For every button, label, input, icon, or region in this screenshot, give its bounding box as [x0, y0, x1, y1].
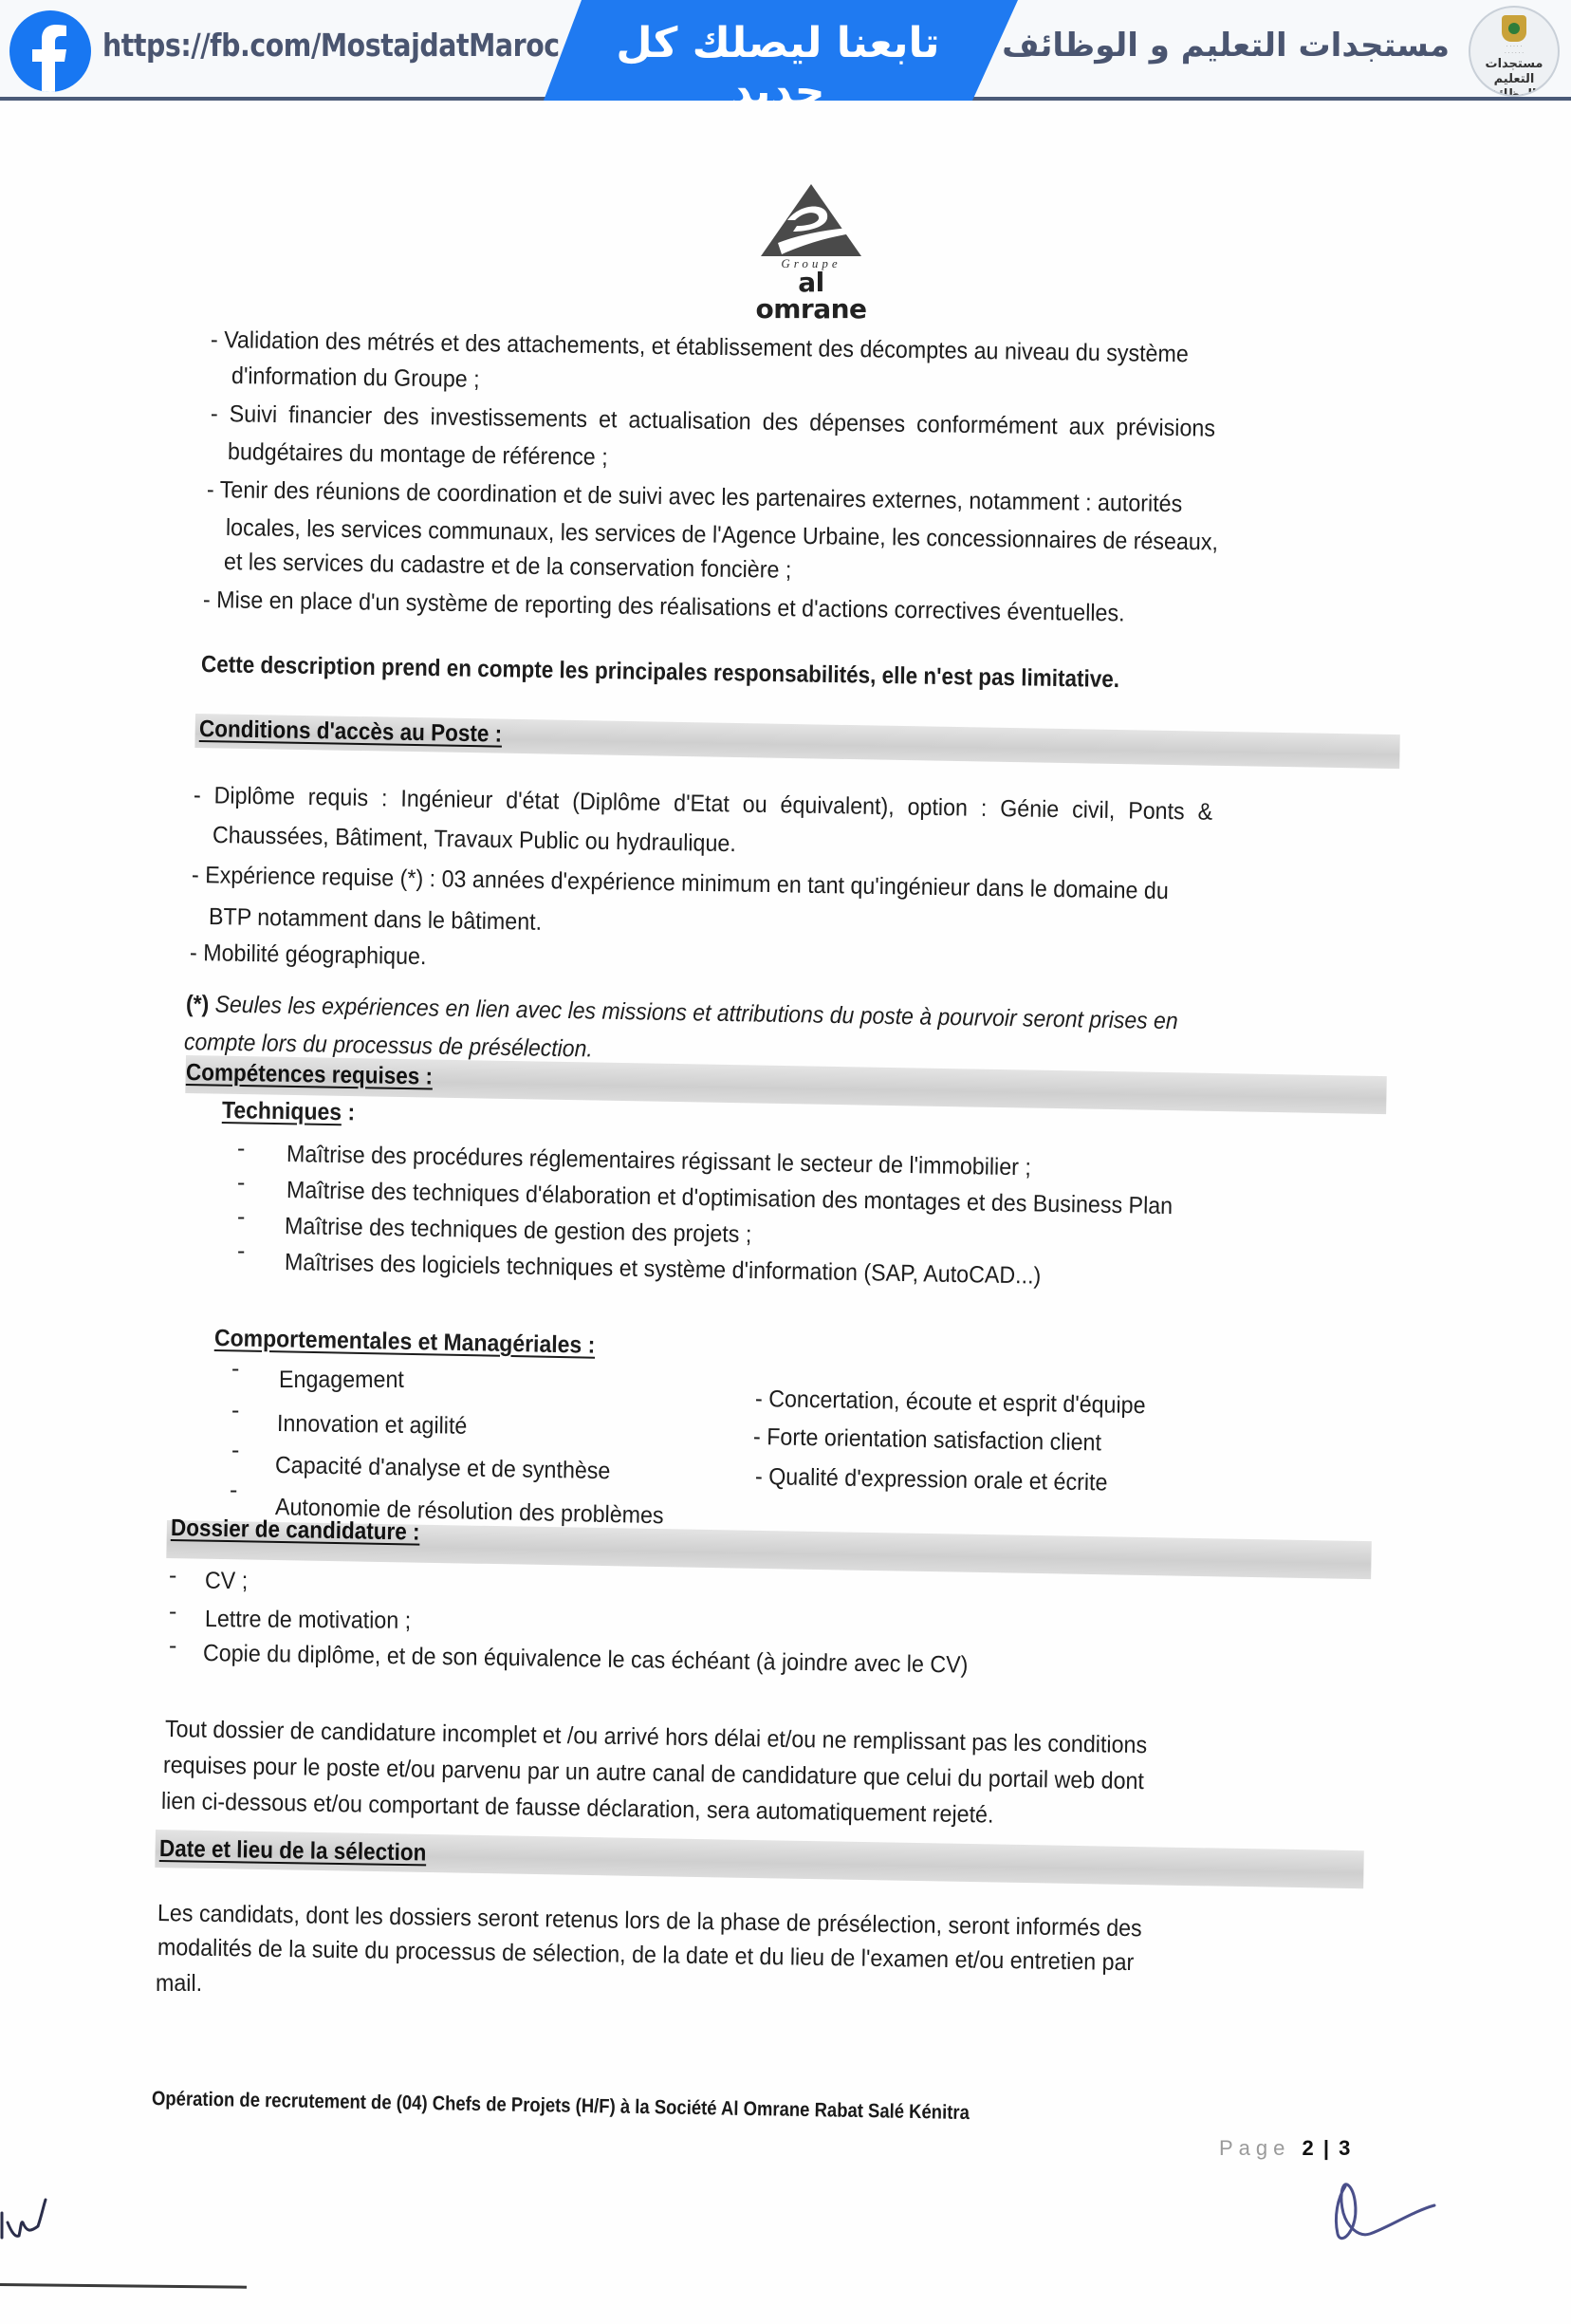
warning-line: Tout dossier de candidature incomplet et… [165, 1716, 1148, 1759]
behavioral-skill: - Forte orientation satisfaction client [753, 1423, 1101, 1457]
mission-line: et les services du cadastre et de la con… [224, 548, 792, 585]
technical-skill: Maîtrise des techniques d'élaboration et… [286, 1177, 1174, 1220]
logo-ministry-caption: · · · · ·· · · · · · [1470, 44, 1558, 57]
technical-skill: Maîtrise des procédures réglementaires r… [286, 1141, 1031, 1181]
document-page: Groupe al omrane - Validation des métrés… [0, 101, 1571, 2324]
behavioral-skill: - Qualité d'expression orale et écrite [755, 1463, 1108, 1497]
page-label: Page [1219, 2136, 1290, 2160]
dossier-title: Dossier de candidature : [171, 1515, 420, 1547]
bullet-dash: - [169, 1562, 176, 1590]
description-note: Cette description prend en compte les pr… [201, 651, 1120, 694]
footnote-line: (*) Seules les expériences en lien avec … [186, 991, 1178, 1035]
footnote-marker: (*) [186, 991, 210, 1017]
condition-line: - Mobilité géographique. [190, 939, 427, 971]
behavioral-skill: Engagement [279, 1367, 404, 1394]
mission-line: d'information du Groupe ; [231, 363, 480, 394]
mission-line: - Mise en place d'un système de reportin… [203, 586, 1125, 627]
bullet-dash: - [237, 1237, 245, 1265]
footnote-text: Seules les expériences en lien avec les … [209, 991, 1178, 1034]
site-name: مستجدات التعليم و الوظائف [1002, 27, 1450, 65]
warning-line: lien ci-dessous et/ou comportant de faus… [161, 1788, 994, 1830]
facebook-url-link[interactable]: https://fb.com/MostajdatMaroc [102, 27, 560, 64]
selection-title: Date et lieu de la sélection [159, 1835, 427, 1867]
dossier-item: CV ; [205, 1568, 248, 1595]
company-logo: Groupe al omrane [740, 182, 882, 323]
bullet-dash: - [231, 1397, 239, 1424]
warning-line: requises pour le poste et/ou parvenu par… [163, 1752, 1144, 1795]
behavioral-title: Comportementales et Managériales : [214, 1325, 596, 1360]
condition-line: - Diplôme requis : Ingénieur d'état (Dip… [194, 782, 1213, 827]
conditions-title: Conditions d'accès au Poste : [199, 716, 503, 749]
bullet-dash: - [237, 1135, 245, 1162]
facebook-icon[interactable] [9, 10, 91, 92]
techniques-title: Techniques [222, 1097, 342, 1125]
selection-line: modalités de la suite du processus de sé… [157, 1934, 1135, 1977]
top-banner: https://fb.com/MostajdatMaroc تابعنا ليص… [0, 0, 1571, 101]
condition-line: - Expérience requise (*) : 03 années d'e… [192, 862, 1169, 905]
behavioral-skill: Innovation et agilité [277, 1410, 468, 1441]
mission-line: - Suivi financier des investissements et… [211, 400, 1215, 443]
bullet-dash: - [237, 1203, 245, 1231]
dossier-item: Lettre de motivation ; [205, 1606, 411, 1635]
bullet-dash: - [231, 1437, 239, 1464]
dossier-item: Copie du diplôme, et de son équivalence … [203, 1640, 969, 1680]
condition-line: BTP notamment dans le bâtiment. [209, 903, 543, 937]
techniques-heading: Techniques : [222, 1097, 356, 1126]
coat-of-arms-icon [1502, 15, 1526, 42]
mission-line: - Tenir des réunions de coordination et … [207, 476, 1183, 518]
bullet-dash: - [169, 1632, 176, 1660]
mission-line: - Validation des métrés et des attacheme… [211, 326, 1189, 368]
technical-skill: Maîtrise des techniques de gestion des p… [285, 1213, 752, 1249]
site-logo[interactable]: · · · · ·· · · · · · مستجدات التعليم وال… [1469, 6, 1560, 97]
signature-left-icon [0, 2194, 57, 2245]
page-value: 2 | 3 [1303, 2136, 1353, 2160]
bullet-dash: - [230, 1477, 237, 1504]
signature-right-icon [1328, 2179, 1442, 2245]
selection-line: mail. [156, 1970, 202, 1998]
mission-line: budgétaires du montage de référence ; [228, 438, 608, 472]
condition-line: Chaussées, Bâtiment, Travaux Public ou h… [213, 822, 736, 858]
page-number: Page 2 | 3 [1219, 2136, 1352, 2161]
logo-company-name: al omrane [740, 270, 882, 323]
behavioral-skill: Capacité d'analyse et de synthèse [275, 1452, 611, 1485]
behavioral-skill: - Concertation, écoute et esprit d'équip… [755, 1385, 1146, 1420]
bullet-dash: - [231, 1355, 239, 1383]
bullet-dash: - [237, 1169, 245, 1197]
technical-skill: Maîtrises des logiciels techniques et sy… [285, 1249, 1042, 1291]
site-logo-text: مستجدات التعليم والوظائف [1470, 57, 1558, 97]
footer-operation-text: Opération de recrutement de (04) Chefs d… [152, 2088, 970, 2125]
page-edge-line [0, 2283, 247, 2289]
bullet-dash: - [169, 1598, 176, 1626]
competences-title: Compétences requises : [186, 1059, 434, 1091]
al-omrane-triangle-icon [759, 182, 863, 258]
